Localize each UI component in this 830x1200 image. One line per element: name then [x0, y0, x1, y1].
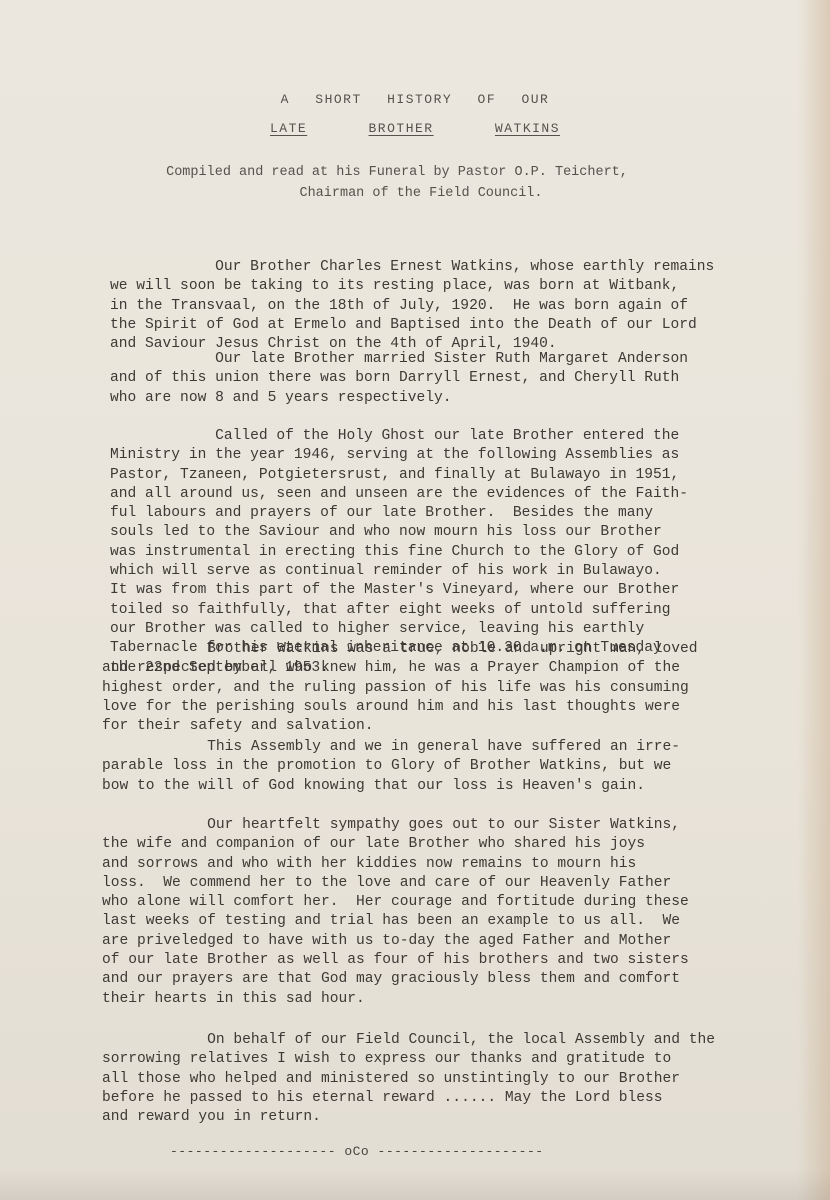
text-line: our Brother was called to higher service… — [110, 620, 688, 639]
text-line: loss. We commend her to the love and car… — [102, 874, 689, 893]
text-line: the wife and companion of our late Broth… — [102, 835, 689, 854]
title-word: SHORT — [315, 92, 362, 107]
title-line-1: A SHORT HISTORY OF OUR — [0, 92, 830, 107]
text-line: Brother Watkins was a true, noble and up… — [102, 640, 698, 659]
typewritten-page: A SHORT HISTORY OF OUR LATE BROTHER WATK… — [0, 0, 830, 1200]
text-line: we will soon be taking to its resting pl… — [110, 277, 714, 296]
paragraph: Our Brother Charles Ernest Watkins, whos… — [110, 258, 714, 354]
closing-separator: -------------------- oCo ---------------… — [170, 1144, 690, 1159]
paragraph: Our late Brother married Sister Ruth Mar… — [110, 350, 688, 408]
text-line: sorrowing relatives I wish to express ou… — [102, 1050, 715, 1069]
title-word-underlined: BROTHER — [369, 121, 434, 136]
text-line: and reward you in return. — [102, 1108, 715, 1127]
text-line: Our late Brother married Sister Ruth Mar… — [110, 350, 688, 369]
text-line: Our heartfelt sympathy goes out to our S… — [102, 816, 689, 835]
subtitle-compiled-by: Compiled and read at his Funeral by Past… — [0, 163, 812, 183]
title-word-underlined: WATKINS — [495, 121, 560, 136]
title-word: OUR — [521, 92, 549, 107]
text-line: in the Transvaal, on the 18th of July, 1… — [110, 297, 714, 316]
text-line: love for the perishing souls around him … — [102, 698, 698, 717]
text-line: are priveledged to have with us to-day t… — [102, 932, 689, 951]
text-line: the Spirit of God at Ermelo and Baptised… — [110, 316, 714, 335]
text-line: highest order, and the ruling passion of… — [102, 679, 698, 698]
title-word: HISTORY — [387, 92, 452, 107]
text-line: parable loss in the promotion to Glory o… — [102, 757, 680, 776]
text-line: who are now 8 and 5 years respectively. — [110, 389, 688, 408]
text-line: and respected by all who knew him, he wa… — [102, 659, 698, 678]
text-line: was instrumental in erecting this fine C… — [110, 543, 688, 562]
paragraph: Brother Watkins was a true, noble and up… — [102, 640, 698, 736]
text-line: This Assembly and we in general have suf… — [102, 738, 680, 757]
title-line-2: LATE BROTHER WATKINS — [0, 121, 830, 136]
text-line: On behalf of our Field Council, the loca… — [102, 1031, 715, 1050]
paragraph: This Assembly and we in general have suf… — [102, 738, 680, 796]
title-word: A — [281, 92, 290, 107]
text-line: and sorrows and who with her kiddies now… — [102, 855, 689, 874]
text-line: Pastor, Tzaneen, Potgietersrust, and fin… — [110, 466, 688, 485]
text-line: Our Brother Charles Ernest Watkins, whos… — [110, 258, 714, 277]
text-line: Called of the Holy Ghost our late Brothe… — [110, 427, 688, 446]
title-word-underlined: LATE — [270, 121, 307, 136]
subtitle-chairman: Chairman of the Field Council. — [6, 184, 830, 204]
text-line: which will serve as continual reminder o… — [110, 562, 688, 581]
title-word: OF — [478, 92, 497, 107]
text-line: and our prayers are that God may graciou… — [102, 970, 689, 989]
text-line: toiled so faithfully, that after eight w… — [110, 601, 688, 620]
text-line: and all around us, seen and unseen are t… — [110, 485, 688, 504]
text-line: all those who helped and ministered so u… — [102, 1070, 715, 1089]
text-line: for their safety and salvation. — [102, 717, 698, 736]
text-line: souls led to the Saviour and who now mou… — [110, 523, 688, 542]
text-line: of our late Brother as well as four of h… — [102, 951, 689, 970]
text-line: ful labours and prayers of our late Brot… — [110, 504, 688, 523]
text-line: and of this union there was born Darryll… — [110, 369, 688, 388]
paragraph: On behalf of our Field Council, the loca… — [102, 1031, 715, 1127]
text-line: who alone will comfort her. Her courage … — [102, 893, 689, 912]
paragraph: Our heartfelt sympathy goes out to our S… — [102, 816, 689, 1009]
text-line: It was from this part of the Master's Vi… — [110, 581, 688, 600]
text-line: bow to the will of God knowing that our … — [102, 777, 680, 796]
text-line: last weeks of testing and trial has been… — [102, 912, 689, 931]
text-line: before he passed to his eternal reward .… — [102, 1089, 715, 1108]
text-line: their hearts in this sad hour. — [102, 990, 689, 1009]
text-line: Ministry in the year 1946, serving at th… — [110, 446, 688, 465]
paper-shadow — [0, 1170, 830, 1200]
